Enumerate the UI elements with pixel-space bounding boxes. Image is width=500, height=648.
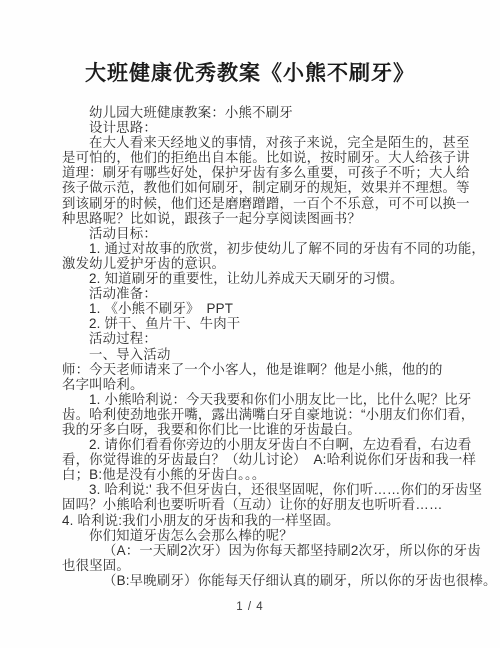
doc-line: 1. 小熊哈利说：今天我要和你们小朋友比一比，比什么呢？比牙 — [62, 392, 460, 407]
doc-line: （B:早晚刷牙）你能每天仔细认真的刷牙，所以你的牙齿也很棒。 — [62, 573, 460, 588]
document-body: 幼儿园大班健康教案：小熊不刷牙 设计思路： 在大人看来天经地义的事情，对孩子来说… — [62, 105, 460, 588]
document-page: 大班健康优秀教案《小熊不刷牙》 幼儿园大班健康教案：小熊不刷牙 设计思路： 在大… — [0, 0, 500, 648]
doc-line: 也很坚固。 — [62, 558, 460, 573]
doc-line: 到该刷牙的时候，他们还是磨磨蹭蹭，一百个不乐意，可不可以换一 — [62, 196, 460, 211]
doc-line: 4. 哈利说:我们小朋友的牙齿和我的一样坚固。 — [62, 513, 460, 528]
doc-line: 齿。哈利使劲地张开嘴，露出满嘴白牙自豪地说：“小朋友们你们看， — [62, 407, 460, 422]
doc-line: 2. 知道刷牙的重要性，让幼儿养成天天刷牙的习惯。 — [62, 271, 460, 286]
doc-line: 2. 饼干、鱼片干、牛肉干 — [62, 316, 460, 331]
doc-line: 一、导入活动 — [62, 347, 460, 362]
doc-line: 活动目标： — [62, 226, 460, 241]
doc-line: 你们知道牙齿怎么会那么棒的呢？ — [62, 528, 460, 543]
doc-line: 看，你觉得谁的牙齿最白？（幼儿讨论） A:哈利说你们牙齿和我一样 — [62, 452, 460, 467]
doc-line: 我的牙多白呀，我要和你们比一比谁的牙齿最白。 — [62, 422, 460, 437]
doc-line: 2. 请你们看看你旁边的小朋友牙齿白不白啊，左边看看，右边看 — [62, 437, 460, 452]
doc-line: 是可怕的，他们的拒绝出自本能。比如说，按时刷牙。大人给孩子讲 — [62, 150, 460, 165]
page-number: 1 / 4 — [0, 601, 500, 613]
doc-line: 白；B:他是没有小熊的牙齿白。。。 — [62, 467, 460, 482]
doc-line: 3. 哈利说:' 我不但牙齿白，还很坚固呢，你们听……你们的牙齿坚 — [62, 482, 460, 497]
doc-line: 幼儿园大班健康教案：小熊不刷牙 — [62, 105, 460, 120]
doc-line: 名字叫哈利。 — [62, 377, 460, 392]
doc-line: 设计思路： — [62, 120, 460, 135]
doc-line: 1. 通过对故事的欣赏，初步使幼儿了解不同的牙齿有不同的功能， — [62, 241, 460, 256]
doc-line: 固吗？小熊哈利也要听听看（互动）让你的好朋友也听听看…… — [62, 497, 460, 512]
doc-line: 师：今天老师请来了一个小客人，他是谁啊？他是小熊，他的的 — [62, 362, 460, 377]
doc-line: 道理：刷牙有哪些好处，保护牙齿有多么重要，可孩子不听；大人给 — [62, 165, 460, 180]
doc-line: 在大人看来天经地义的事情，对孩子来说，完全是陌生的，甚至 — [62, 135, 460, 150]
doc-line: （A：一天刷2次牙）因为你每天都坚持刷2次牙，所以你的牙齿 — [62, 543, 460, 558]
doc-line: 激发幼儿爱护牙齿的意识。 — [62, 256, 460, 271]
doc-line: 活动准备： — [62, 286, 460, 301]
doc-line: 孩子做示范，教他们如何刷牙，制定刷牙的规矩，效果并不理想。等 — [62, 180, 460, 195]
document-title: 大班健康优秀教案《小熊不刷牙》 — [0, 57, 500, 87]
doc-line: 1. 《小熊不刷牙》 PPT — [62, 301, 460, 316]
doc-line: 种思路呢？比如说，跟孩子一起分享阅读图画书？ — [62, 211, 460, 226]
doc-line: 活动过程： — [62, 331, 460, 346]
